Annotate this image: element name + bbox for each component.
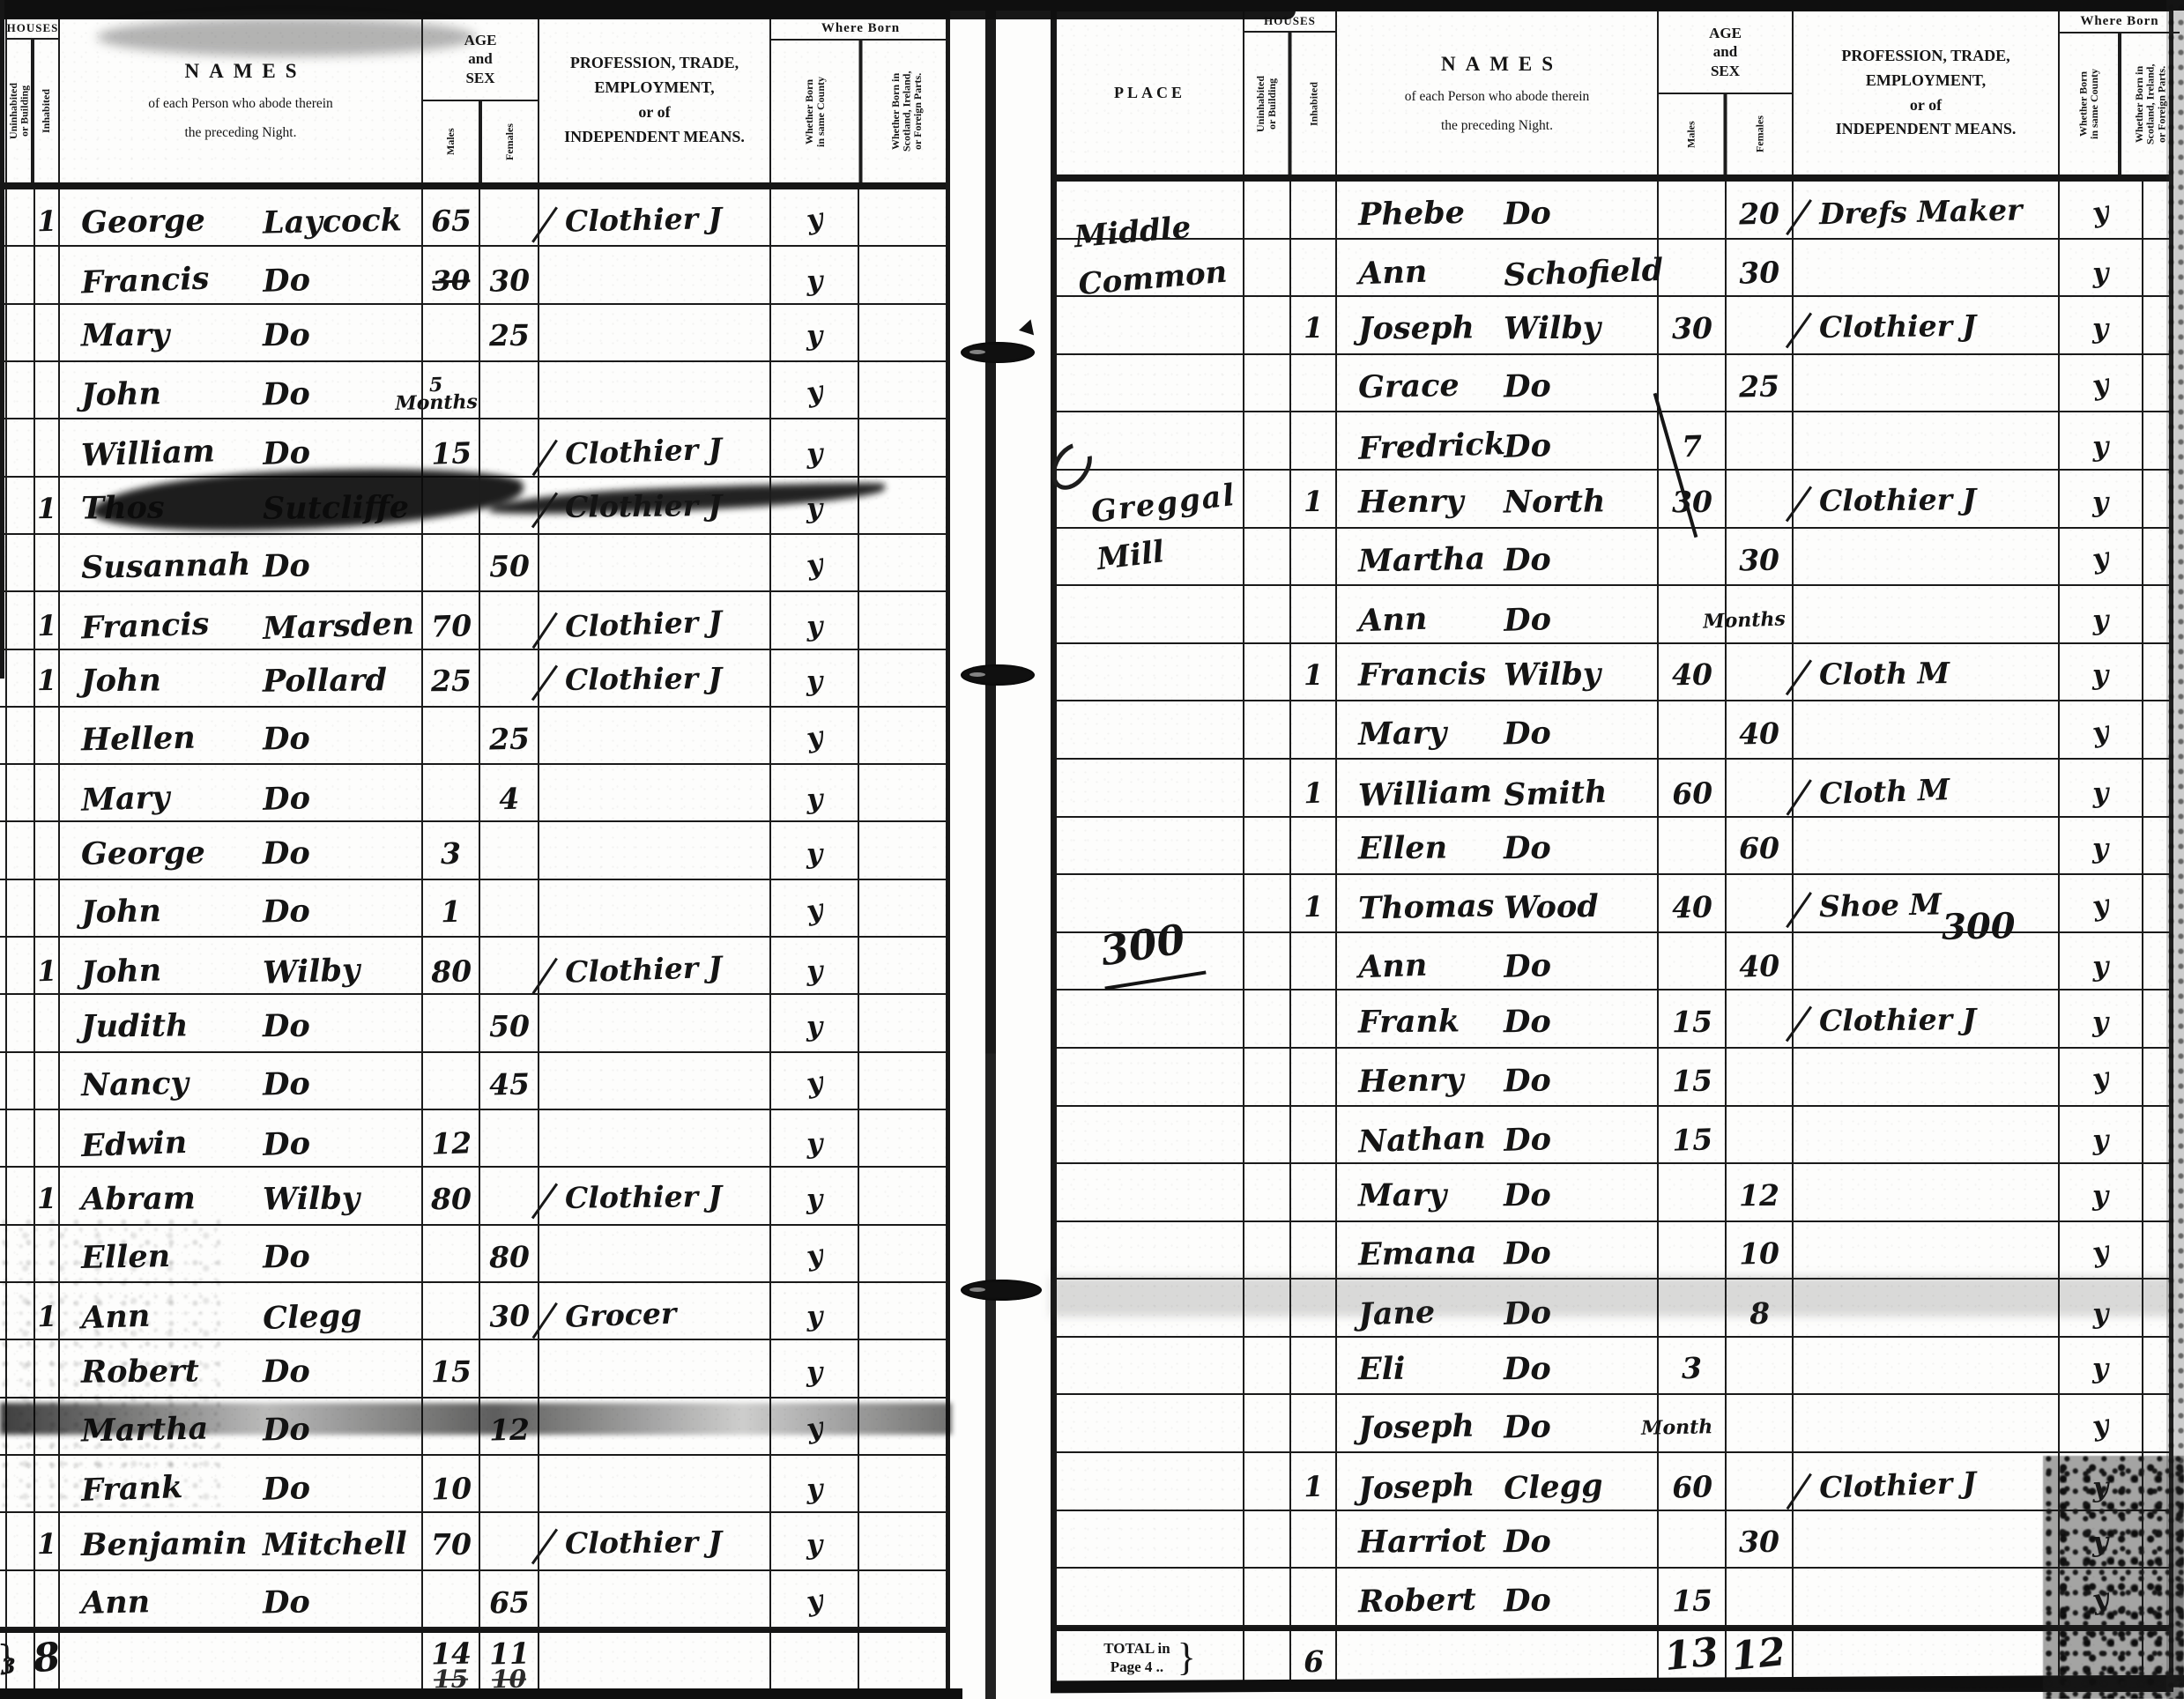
born-same-county-cell: y — [2060, 1164, 2143, 1220]
profession-cell: Clothier J — [539, 419, 771, 475]
female-age-cell — [1727, 471, 1794, 527]
census-row: 1 BenjaminMitchell 70 Clothier J y — [0, 1513, 946, 1570]
profession-cell — [1794, 1511, 2060, 1568]
table-header-right: PLACE HOUSES Uninhabited or Building Inh… — [1057, 11, 2169, 182]
inhabited-cell — [35, 708, 60, 763]
inhabited-cell: 1 — [1291, 1453, 1337, 1510]
profession-column-header: PROFESSION, TRADE, EMPLOYMENT, or of IND… — [1794, 11, 2060, 174]
inhabited-cell: 1 — [1291, 760, 1337, 816]
names-column-header: NAMES of each Person who abode therein t… — [1337, 11, 1659, 174]
uninhabited-cell — [1244, 586, 1291, 642]
names-subtitle-2: the preceding Night. — [1441, 118, 1553, 134]
place-cell — [1057, 1338, 1244, 1394]
male-age-cell: 15 — [1659, 1107, 1727, 1163]
inhabited-cell — [35, 535, 60, 590]
born-elsewhere-cell — [859, 1168, 950, 1223]
male-age-cell — [423, 995, 480, 1050]
profession-cell: Clothier J — [1794, 297, 2060, 353]
name-cell: EdwinDo — [60, 1110, 423, 1166]
profession-cell: Clothier J — [539, 938, 771, 993]
born-same-county-cell: y — [771, 995, 859, 1050]
male-age-cell: 65 — [423, 189, 480, 245]
place-cell — [1057, 1453, 1244, 1510]
born-elsewhere-cell — [859, 1513, 950, 1569]
inhabited-cell: 1 — [35, 592, 60, 648]
profession-cell — [539, 765, 771, 820]
female-age-cell — [1727, 644, 1794, 701]
male-age-cell: 12 — [423, 1110, 480, 1166]
born-same-county-cell: y — [771, 535, 859, 590]
census-row: 1 FrancisWilby 40 Cloth M y — [1057, 644, 2169, 702]
born-elsewhere-cell — [859, 765, 950, 820]
profession-cell — [1794, 240, 2060, 296]
profession-cell: Clothier J — [1794, 471, 2060, 527]
inhabited-cell — [35, 822, 60, 878]
census-row: JohnDo 1 y — [0, 880, 946, 938]
profession-cell: Grocer — [539, 1283, 771, 1339]
born-same-county-cell: y — [2060, 644, 2143, 701]
male-age-cell — [1659, 818, 1727, 874]
name-cell: BenjaminMitchell — [60, 1513, 423, 1569]
born-elsewhere-cell — [859, 650, 950, 706]
profession-cell — [1794, 1107, 2060, 1163]
female-age-cell: 30 — [1727, 240, 1794, 296]
born-elsewhere-cell — [859, 1340, 950, 1396]
inhabited-cell — [35, 995, 60, 1050]
name-cell: HenryNorth — [1337, 471, 1659, 527]
total-males-right: 13 — [1659, 1631, 1727, 1684]
binder-clip — [961, 1280, 1042, 1301]
total-females-right: 12 — [1727, 1631, 1794, 1684]
born-same-county-cell: y — [771, 708, 859, 763]
uninhabited-cell — [7, 880, 35, 936]
born-elsewhere-cell — [859, 708, 950, 763]
inhabited-cell — [1291, 182, 1337, 238]
uninhabited-header: Uninhabited or Building — [1244, 33, 1290, 174]
female-age-cell: 65 — [480, 1571, 539, 1627]
born-same-county-cell: y — [771, 419, 859, 475]
male-age-cell: 40 — [1659, 875, 1727, 931]
name-cell: AnnDo — [60, 1571, 423, 1627]
profession-cell — [1794, 701, 2060, 758]
profession-cell — [539, 1456, 771, 1511]
born-same-county-cell: y — [771, 880, 859, 936]
houses-column-group: HOUSES Uninhabited or Building Inhabited — [7, 19, 60, 182]
male-age-cell: 3 — [1659, 1338, 1727, 1394]
inhabited-cell — [1291, 701, 1337, 758]
male-age-cell: 15 — [1659, 1569, 1727, 1625]
female-age-cell — [1727, 1049, 1794, 1105]
female-age-cell — [1727, 1453, 1794, 1510]
cut-edge-cell — [0, 1110, 7, 1166]
male-age-cell — [423, 478, 480, 533]
cut-edge-cell — [0, 1571, 7, 1627]
census-row: HenryDo 15 y — [1057, 1049, 2169, 1107]
census-row: HarriotDo 30 y — [1057, 1511, 2169, 1569]
uninhabited-cell — [1244, 471, 1291, 527]
uninhabited-cell — [1244, 1049, 1291, 1105]
born-same-county-header: Whether Born in same County — [2060, 33, 2120, 174]
place-cell — [1057, 355, 1244, 412]
born-same-county-cell: y — [771, 765, 859, 820]
uninhabited-cell — [7, 995, 35, 1050]
place-cell — [1057, 1164, 1244, 1220]
names-subtitle-2: the preceding Night. — [185, 125, 297, 141]
census-row: 1 GeorgeLaycock 65 Clothier J y — [0, 189, 946, 247]
male-age-cell: 40 — [1659, 644, 1727, 701]
male-age-cell: 80 — [423, 938, 480, 993]
profession-cell — [1794, 1569, 2060, 1625]
inhabited-header: Inhabited — [33, 40, 58, 182]
inhabited-cell — [35, 1110, 60, 1166]
female-age-cell — [480, 189, 539, 245]
born-same-county-cell: y — [2060, 760, 2143, 816]
born-same-county-cell: y — [771, 189, 859, 245]
scan-noise-right-edge — [2166, 0, 2184, 1699]
born-elsewhere-cell — [859, 305, 950, 360]
inhabited-cell — [1291, 1511, 1337, 1568]
place-cell — [1057, 1049, 1244, 1105]
profession-cell: Clothier J — [539, 1168, 771, 1223]
uninhabited-cell — [1244, 297, 1291, 353]
name-cell: AnnDo — [1337, 586, 1659, 642]
profession-cell — [1794, 586, 2060, 642]
profession-cell — [1794, 1395, 2060, 1451]
female-age-cell: 60 — [1727, 818, 1794, 874]
name-cell: MaryDo — [60, 305, 423, 360]
name-cell: FrancisDo — [60, 247, 423, 302]
born-elsewhere-cell — [859, 1456, 950, 1511]
born-elsewhere-cell — [859, 1053, 950, 1109]
born-same-county-cell: y — [2060, 1395, 2143, 1451]
born-same-county-cell: y — [771, 1168, 859, 1223]
profession-cell — [539, 1110, 771, 1166]
born-same-county-cell: y — [771, 1110, 859, 1166]
census-row: EliDo 3 y — [1057, 1338, 2169, 1396]
uninhabited-cell — [7, 938, 35, 993]
female-age-cell: Months — [1727, 586, 1794, 642]
male-age-cell — [1659, 1222, 1727, 1279]
binding-gutter-line — [985, 0, 996, 1699]
born-same-county-cell: y — [771, 1456, 859, 1511]
uninhabited-cell — [7, 650, 35, 706]
name-cell: JosephWilby — [1337, 297, 1659, 353]
ink-mark-triangle — [1019, 317, 1038, 336]
born-same-county-cell: y — [771, 1513, 859, 1569]
uninhabited-cell — [7, 1053, 35, 1109]
name-cell: ThomasWood — [1337, 875, 1659, 931]
census-row: AnnDo 65 y — [0, 1571, 946, 1629]
uninhabited-cell — [7, 478, 35, 533]
female-age-cell: 30 — [1727, 529, 1794, 585]
female-age-cell — [480, 1340, 539, 1396]
inhabited-cell — [1291, 355, 1337, 412]
profession-cell — [1794, 818, 2060, 874]
inhabited-cell — [35, 419, 60, 475]
profession-cell — [1794, 529, 2060, 585]
female-age-cell — [480, 822, 539, 878]
census-row: MaryDo 12 y — [1057, 1164, 2169, 1222]
census-row: EdwinDo 12 y — [0, 1110, 946, 1168]
male-age-cell: 1 — [423, 880, 480, 936]
female-age-cell: 30 — [480, 1283, 539, 1339]
born-same-county-cell: y — [771, 592, 859, 648]
male-age-cell: 70 — [423, 592, 480, 648]
born-elsewhere-cell — [859, 1110, 950, 1166]
inhabited-cell — [35, 1571, 60, 1627]
female-age-cell: 12 — [1727, 1164, 1794, 1220]
cut-edge-cell — [0, 995, 7, 1050]
profession-cell — [1794, 933, 2060, 990]
profession-column-header: PROFESSION, TRADE, EMPLOYMENT, or of IND… — [539, 19, 771, 182]
born-same-county-cell: y — [771, 1340, 859, 1396]
uninhabited-cell — [1244, 818, 1291, 874]
female-age-cell — [1727, 297, 1794, 353]
place-column-header: PLACE — [1057, 11, 1244, 174]
census-row: MaryDo 40 y — [1057, 701, 2169, 760]
name-cell: GraceDo — [1337, 355, 1659, 412]
census-row: AnnDo 40 y — [1057, 933, 2169, 991]
census-row: WilliamDo 15 Clothier J y — [0, 419, 946, 477]
census-row: JohnDo 5 Months y — [0, 362, 946, 419]
born-same-county-cell: y — [771, 1283, 859, 1339]
census-row: EllenDo 60 y — [1057, 818, 2169, 876]
born-same-county-cell: y — [771, 1226, 859, 1281]
total-bracket: } — [1177, 1633, 1196, 1681]
ink-smudge-band-right — [1051, 1276, 2173, 1317]
uninhabited-cell — [1244, 240, 1291, 296]
uninhabited-cell — [7, 765, 35, 820]
female-age-cell — [1727, 875, 1794, 931]
profession-cell — [539, 1053, 771, 1109]
name-cell: NancyDo — [60, 1053, 423, 1109]
profession-cell — [1794, 412, 2060, 469]
census-row: FrankDo 15 Clothier J y — [1057, 990, 2169, 1049]
name-cell: JosephClegg — [1337, 1453, 1659, 1510]
male-age-cell — [423, 1283, 480, 1339]
name-cell: AnnSchofield — [1337, 240, 1659, 296]
profession-cell — [539, 535, 771, 590]
male-age-cell: 15 — [423, 419, 480, 475]
female-age-cell: 50 — [480, 995, 539, 1050]
name-cell: JohnDo — [60, 362, 423, 418]
born-elsewhere-cell — [859, 362, 950, 418]
male-age-cell — [423, 1053, 480, 1109]
female-age-cell — [480, 1456, 539, 1511]
female-age-cell — [480, 880, 539, 936]
census-rows-right: PhebeDo 20 Drefs Maker y AnnSchofield 30… — [1057, 182, 2169, 1627]
total-inhabited-left: 8 — [35, 1633, 60, 1690]
born-same-county-header: Whether Born in same County — [771, 41, 861, 182]
male-age-cell: 60 — [1659, 760, 1727, 816]
inhabited-cell: 1 — [35, 1513, 60, 1569]
male-age-cell — [423, 305, 480, 360]
census-row: 1 JosephClegg 60 Clothier J y — [1057, 1453, 2169, 1511]
female-age-cell — [1727, 412, 1794, 469]
total-males-left: 1415 — [423, 1633, 480, 1690]
uninhabited-cell — [1244, 644, 1291, 701]
name-cell: WilliamSmith — [1337, 760, 1659, 816]
census-row: 1 JohnPollard 25 Clothier J y — [0, 650, 946, 708]
census-row: 1 JohnWilby 80 Clothier J y — [0, 938, 946, 995]
uninhabited-cell — [7, 822, 35, 878]
inhabited-cell — [1291, 1164, 1337, 1220]
female-age-cell — [480, 938, 539, 993]
male-age-cell — [1659, 933, 1727, 990]
place-cell — [1057, 1395, 1244, 1451]
houses-column-group: HOUSES Uninhabited or Building Inhabited — [1244, 11, 1337, 174]
name-cell: MarthaDo — [1337, 529, 1659, 585]
profession-cell — [539, 1340, 771, 1396]
uninhabited-cell — [1244, 1395, 1291, 1451]
uninhabited-cell — [1244, 875, 1291, 931]
census-row: 1 ThomasWood 40 Shoe M300 y — [1057, 875, 2169, 933]
uninhabited-cell — [1244, 529, 1291, 585]
uninhabited-cell — [1244, 1107, 1291, 1163]
name-cell: EllenDo — [1337, 818, 1659, 874]
born-elsewhere-cell — [859, 1571, 950, 1627]
census-row: HellenDo 25 y — [0, 708, 946, 765]
born-elsewhere-cell — [859, 189, 950, 245]
place-cell — [1057, 644, 1244, 701]
houses-header: HOUSES — [7, 19, 58, 40]
census-row: MaryDo 4 y — [0, 765, 946, 822]
inhabited-cell — [1291, 529, 1337, 585]
census-row: PhebeDo 20 Drefs Maker y — [1057, 182, 2169, 240]
born-elsewhere-cell — [859, 478, 950, 533]
male-age-cell — [1659, 1164, 1727, 1220]
census-row: 1 FrancisMarsden 70 Clothier J y — [0, 592, 946, 649]
profession-cell — [1794, 1222, 2060, 1279]
name-cell: NathanDo — [1337, 1107, 1659, 1163]
place-cell — [1057, 1511, 1244, 1568]
inhabited-cell — [1291, 412, 1337, 469]
names-title: NAMES — [175, 60, 306, 83]
inhabited-cell — [1291, 1338, 1337, 1394]
inhabited-cell: 1 — [1291, 644, 1337, 701]
profession-cell — [539, 880, 771, 936]
cut-edge-cell — [0, 1513, 7, 1569]
female-age-cell — [480, 1513, 539, 1569]
profession-cell: Clothier J — [539, 592, 771, 648]
born-same-county-cell: y — [771, 938, 859, 993]
male-age-cell — [423, 765, 480, 820]
where-born-header: Where Born — [771, 19, 950, 41]
inhabited-cell: 1 — [35, 938, 60, 993]
male-age-cell: 10 — [423, 1456, 480, 1511]
born-same-county-cell: y — [771, 1053, 859, 1109]
uninhabited-cell — [7, 592, 35, 648]
name-cell: GeorgeLaycock — [60, 189, 423, 245]
born-elsewhere-header: Whether Born in Scotland, Ireland, or Fo… — [861, 41, 951, 182]
scan-top-edge-thick — [0, 0, 1296, 19]
male-age-cell: 70 — [423, 1513, 480, 1569]
name-cell: JudithDo — [60, 995, 423, 1050]
born-same-county-cell: y — [2060, 933, 2143, 990]
profession-cell: Clothier J — [1794, 1453, 2060, 1510]
uninhabited-cell — [7, 419, 35, 475]
born-same-county-cell: y — [2060, 1338, 2143, 1394]
inhabited-cell — [35, 362, 60, 418]
male-age-cell: Month — [1659, 1395, 1727, 1451]
profession-cell: Clothier J — [539, 1513, 771, 1569]
male-age-cell — [1659, 1511, 1727, 1568]
inhabited-cell — [1291, 1569, 1337, 1625]
inhabited-cell — [35, 247, 60, 302]
born-elsewhere-cell — [859, 592, 950, 648]
profession-cell — [539, 708, 771, 763]
female-age-cell: 80 — [480, 1226, 539, 1281]
male-age-cell — [423, 535, 480, 590]
uninhabited-cell — [7, 1513, 35, 1569]
inhabited-cell — [1291, 1222, 1337, 1279]
census-row: EmanaDo 10 y — [1057, 1222, 2169, 1280]
female-age-cell — [1727, 1107, 1794, 1163]
name-cell: FrancisWilby — [1337, 644, 1659, 701]
profession-cell — [539, 822, 771, 878]
born-same-county-cell: y — [2060, 471, 2143, 527]
binder-clip — [961, 342, 1035, 363]
born-elsewhere-cell — [859, 995, 950, 1050]
census-row: MaryDo 25 y — [0, 305, 946, 362]
name-cell: ThosSutcliffe — [60, 478, 423, 533]
born-same-county-cell: y — [771, 362, 859, 418]
scan-left-edge — [0, 0, 4, 679]
profession-cell: Cloth M — [1794, 644, 2060, 701]
females-header: Females — [480, 101, 538, 182]
inhabited-header: Inhabited — [1290, 33, 1336, 174]
profession-cell: Clothier J — [539, 478, 771, 533]
profession-cell — [539, 305, 771, 360]
census-row: SusannahDo 50 y — [0, 535, 946, 592]
inhabited-cell — [35, 765, 60, 820]
inhabited-cell: 1 — [1291, 297, 1337, 353]
male-age-cell: 15 — [1659, 1049, 1727, 1105]
profession-cell — [539, 1571, 771, 1627]
male-age-cell — [423, 708, 480, 763]
inhabited-cell: 1 — [1291, 875, 1337, 931]
place-cell — [1057, 990, 1244, 1047]
place-note-greggal-mill: Greggal Mill — [1081, 471, 1244, 585]
uninhabited-cell — [1244, 1569, 1291, 1625]
male-age-cell — [423, 1226, 480, 1281]
name-cell: PhebeDo — [1337, 182, 1659, 238]
where-born-column-group: Where Born Whether Born in same County W… — [2060, 11, 2180, 174]
census-row: AnnDo Months y — [1057, 586, 2169, 644]
census-row: RobertDo 15 y — [1057, 1569, 2169, 1627]
born-elsewhere-cell — [859, 880, 950, 936]
born-same-county-cell: y — [2060, 701, 2143, 758]
inhabited-cell — [35, 305, 60, 360]
inhabited-cell — [35, 1053, 60, 1109]
female-age-cell: 50 — [480, 535, 539, 590]
place-cell — [1057, 1222, 1244, 1279]
profession-cell: Drefs Maker — [1794, 182, 2060, 238]
female-age-cell — [480, 362, 539, 418]
born-same-county-cell: y — [771, 305, 859, 360]
female-age-cell: 20 — [1727, 182, 1794, 238]
born-elsewhere-cell — [859, 822, 950, 878]
male-age-cell: 30 — [423, 247, 480, 302]
female-age-cell: 30 — [1727, 1511, 1794, 1568]
inhabited-cell — [1291, 1049, 1337, 1105]
born-same-county-cell: y — [2060, 1049, 2143, 1105]
profession-cell — [539, 995, 771, 1050]
census-row: 1 WilliamSmith 60 Cloth M y — [1057, 760, 2169, 818]
name-cell: FredrickDo — [1337, 412, 1659, 469]
born-same-county-cell: y — [771, 247, 859, 302]
scan-bottom-edge-left — [0, 1688, 962, 1699]
